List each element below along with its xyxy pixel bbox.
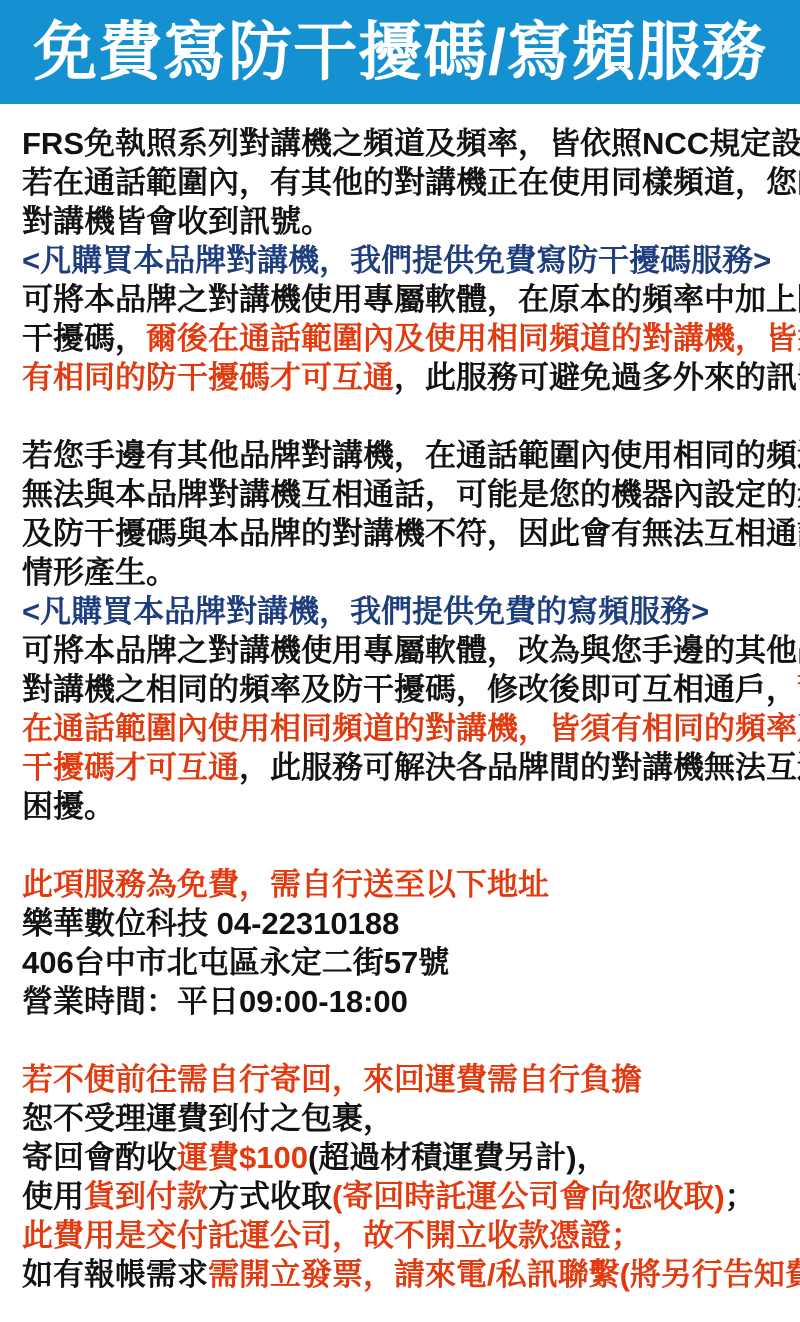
text-segment-red: 若不便前往需自行寄回，來回運費需自行負擔	[22, 1062, 642, 1097]
text-segment-red: 貨到付款	[84, 1179, 208, 1214]
text-segment-red: 運費$100	[177, 1140, 308, 1175]
text-segment-black: 干擾碼，	[22, 321, 146, 356]
text-segment-black: 及防干擾碼與本品牌的對講機不符，因此會有無法互相通話的	[22, 516, 800, 551]
text-line: 有相同的防干擾碼才可互通，此服務可避免過多外來的訊號。	[22, 358, 778, 397]
text-line: <凡購買本品牌對講機，我們提供免費寫防干擾碼服務>	[22, 241, 778, 280]
text-line: 可將本品牌之對講機使用專屬軟體，在原本的頻率中加上防	[22, 280, 778, 319]
text-segment-black: FRS免執照系列對講機之頻道及頻率，皆依照NCC規定設置，	[22, 126, 800, 161]
text-segment-black: 可將本品牌之對講機使用專屬軟體，在原本的頻率中加上防	[22, 282, 800, 317]
blank-line	[22, 1021, 778, 1060]
blank-line	[22, 826, 778, 865]
text-segment-black: ；	[725, 1179, 756, 1214]
text-segment-black: 若在通話範圍內，有其他的對講機正在使用同樣頻道，您的	[22, 165, 800, 200]
text-segment-red: 需開立發票，請來電/私訊聯繫(將另行告知費用)	[208, 1257, 800, 1292]
text-line: 406台中市北屯區永定二街57號	[22, 943, 778, 982]
text-line: FRS免執照系列對講機之頻道及頻率，皆依照NCC規定設置，	[22, 124, 778, 163]
text-line: 在通話範圍內使用相同頻道的對講機，皆須有相同的頻率及防	[22, 709, 778, 748]
text-segment-black: 對講機皆會收到訊號。	[22, 204, 332, 239]
text-segment-black: 無法與本品牌對講機互相通話，可能是您的機器內設定的頻率	[22, 477, 800, 512]
text-segment-black: 寄回會酌收	[22, 1140, 177, 1175]
text-segment-black: 406台中市北屯區永定二街57號	[22, 945, 449, 980]
text-line: 及防干擾碼與本品牌的對講機不符，因此會有無法互相通話的	[22, 514, 778, 553]
text-segment-black: 方式收取	[208, 1179, 332, 1214]
text-segment-red: 爾後在通話範圍內及使用相同頻道的對講機，皆須	[146, 321, 800, 356]
text-line: 營業時間：平日09:00-18:00	[22, 982, 778, 1021]
text-line: 若不便前往需自行寄回，來回運費需自行負擔	[22, 1060, 778, 1099]
text-line: 無法與本品牌對講機互相通話，可能是您的機器內設定的頻率	[22, 475, 778, 514]
text-line: 若在通話範圍內，有其他的對講機正在使用同樣頻道，您的	[22, 163, 778, 202]
text-segment-red: (寄回時託運公司會向您收取)	[332, 1179, 725, 1214]
text-line: 干擾碼，爾後在通話範圍內及使用相同頻道的對講機，皆須	[22, 319, 778, 358]
text-line: 恕不受理運費到付之包裹，	[22, 1099, 778, 1138]
header-banner: 免費寫防干擾碼/寫頻服務	[0, 0, 800, 104]
text-line: 對講機之相同的頻率及防干擾碼，修改後即可互相通戶，爾後	[22, 670, 778, 709]
text-segment-red: 有相同的防干擾碼才可互通	[22, 360, 394, 395]
text-segment-blue: <凡購買本品牌對講機，我們提供免費的寫頻服務>	[22, 594, 709, 629]
text-segment-black: 對講機之相同的頻率及防干擾碼，修改後即可互相通戶，	[22, 672, 797, 707]
page-title: 免費寫防干擾碼/寫頻服務	[33, 20, 767, 84]
text-line: 對講機皆會收到訊號。	[22, 202, 778, 241]
text-segment-black: 困擾。	[22, 789, 115, 824]
text-line: 此費用是交付託運公司，故不開立收款憑證；	[22, 1216, 778, 1255]
text-segment-black: 若您手邊有其他品牌對講機，在通話範圍內使用相同的頻道，	[22, 438, 800, 473]
text-line: 使用貨到付款方式收取(寄回時託運公司會向您收取)；	[22, 1177, 778, 1216]
text-segment-black: 營業時間：平日09:00-18:00	[22, 984, 408, 1019]
text-line: <凡購買本品牌對講機，我們提供免費的寫頻服務>	[22, 592, 778, 631]
text-segment-black: (超過材積運費另計)，	[308, 1140, 608, 1175]
text-segment-black: 使用	[22, 1179, 84, 1214]
text-segment-blue: <凡購買本品牌對講機，我們提供免費寫防干擾碼服務>	[22, 243, 771, 278]
text-segment-black: 情形產生。	[22, 555, 177, 590]
text-line: 如有報帳需求需開立發票，請來電/私訊聯繫(將另行告知費用)。	[22, 1255, 778, 1294]
text-line: 干擾碼才可互通，此服務可解決各品牌間的對講機無法互通之	[22, 748, 778, 787]
text-line: 可將本品牌之對講機使用專屬軟體，改為與您手邊的其他品牌	[22, 631, 778, 670]
text-segment-black: 樂華數位科技 04-22310188	[22, 906, 399, 941]
text-segment-red: 此費用是交付託運公司，故不開立收款憑證；	[22, 1218, 642, 1253]
body-text: FRS免執照系列對講機之頻道及頻率，皆依照NCC規定設置，若在通話範圍內，有其他…	[0, 104, 800, 1294]
service-notice-flyer: 免費寫防干擾碼/寫頻服務 FRS免執照系列對講機之頻道及頻率，皆依照NCC規定設…	[0, 0, 800, 1322]
text-segment-black: 如有報帳需求	[22, 1257, 208, 1292]
text-line: 情形產生。	[22, 553, 778, 592]
text-segment-black: ，此服務可解決各品牌間的對講機無法互通之	[239, 750, 800, 785]
text-line: 若您手邊有其他品牌對講機，在通話範圍內使用相同的頻道，	[22, 436, 778, 475]
text-line: 寄回會酌收運費$100(超過材積運費另計)，	[22, 1138, 778, 1177]
text-line: 此項服務為免費，需自行送至以下地址	[22, 865, 778, 904]
text-segment-red: 在通話範圍內使用相同頻道的對講機，皆須有相同的頻率及防	[22, 711, 800, 746]
blank-line	[22, 397, 778, 436]
text-segment-red: 干擾碼才可互通	[22, 750, 239, 785]
text-segment-black: ，此服務可避免過多外來的訊號。	[394, 360, 800, 395]
text-line: 樂華數位科技 04-22310188	[22, 904, 778, 943]
text-segment-black: 可將本品牌之對講機使用專屬軟體，改為與您手邊的其他品牌	[22, 633, 800, 668]
text-segment-black: 恕不受理運費到付之包裹，	[22, 1101, 394, 1136]
text-line: 困擾。	[22, 787, 778, 826]
text-segment-red: 此項服務為免費，需自行送至以下地址	[22, 867, 549, 902]
